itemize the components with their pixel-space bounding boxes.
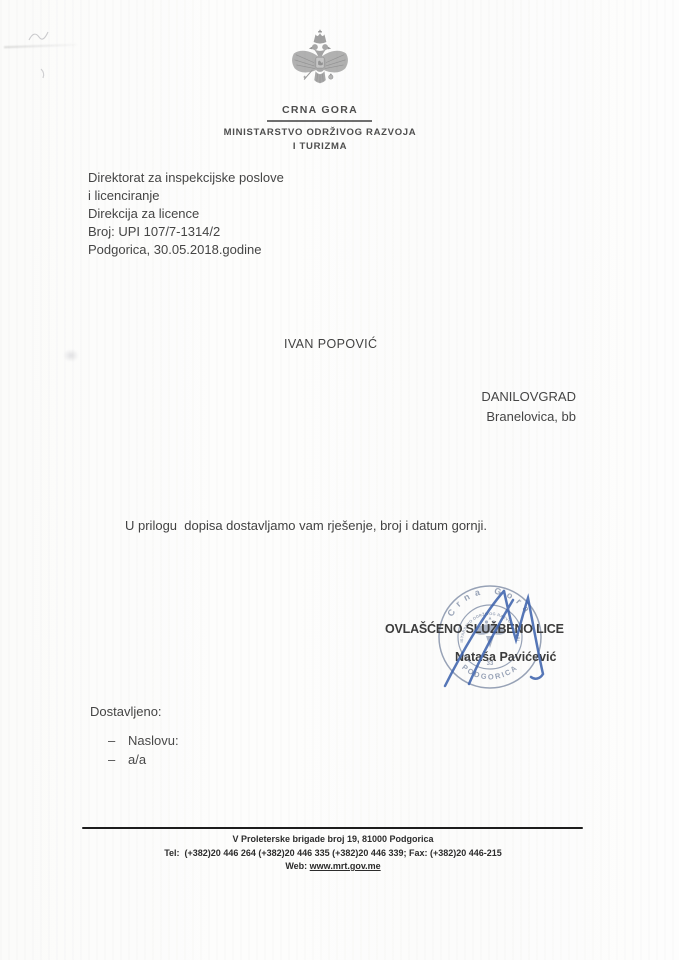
list-dash: –	[108, 752, 128, 767]
footer-web-line: Web: www.mrt.gov.me	[84, 860, 582, 874]
footer-web-label: Web:	[285, 861, 307, 871]
footer-web-link[interactable]: www.mrt.gov.me	[310, 861, 381, 871]
country-name: CRNA GORA	[160, 104, 480, 116]
footer-address: V Proleterske brigade broj 19, 81000 Pod…	[84, 833, 582, 847]
scan-artifact-smudge	[63, 349, 79, 362]
letter-body-paragraph: U prilogu dopisa dostavljamo vam rješenj…	[125, 518, 487, 533]
footer-divider	[82, 827, 583, 829]
header-divider	[267, 120, 372, 122]
reference-number: Broj: UPI 107/7-1314/2	[88, 223, 284, 241]
scanned-letter-page: CRNA GORA MINISTARSTVO ODRŽIVOG RAZVOJA …	[0, 0, 679, 960]
distribution-label: Dostavljeno:	[90, 704, 162, 719]
list-dash: –	[108, 733, 128, 748]
handwritten-signature	[425, 578, 555, 696]
footer-block: V Proleterske brigade broj 19, 81000 Pod…	[84, 833, 582, 874]
recipient-street: Branelovica, bb	[380, 407, 576, 427]
scan-artifact-mark	[36, 66, 50, 82]
distribution-item-text: a/a	[128, 752, 146, 767]
ministry-name-line2: I TURIZMA	[160, 141, 480, 152]
recipient-address-block: DANILOVGRAD Branelovica, bb	[380, 387, 576, 427]
sender-directorate-line2: i licenciranje	[88, 187, 284, 205]
sender-direction-line: Direkcija za licence	[88, 205, 284, 223]
sender-directorate-line: Direktorat za inspekcijske poslove	[88, 169, 284, 187]
place-and-date: Podgorica, 30.05.2018.godine	[88, 241, 284, 259]
recipient-name: IVAN POPOVIĆ	[284, 337, 377, 351]
sender-block: Direktorat za inspekcijske poslove i lic…	[88, 169, 284, 259]
footer-phones: Tel: (+382)20 446 264 (+382)20 446 335 (…	[84, 847, 582, 861]
recipient-city: DANILOVGRAD	[380, 387, 576, 407]
coat-of-arms-icon	[288, 28, 352, 98]
scan-artifact-squiggle	[26, 26, 54, 48]
distribution-item: – a/a	[108, 752, 146, 767]
ministry-name-line1: MINISTARSTVO ODRŽIVOG RAZVOJA	[160, 127, 480, 138]
distribution-item-text: Naslovu:	[128, 733, 179, 748]
scan-artifact-streak	[4, 44, 76, 49]
distribution-item: – Naslovu:	[108, 733, 179, 748]
